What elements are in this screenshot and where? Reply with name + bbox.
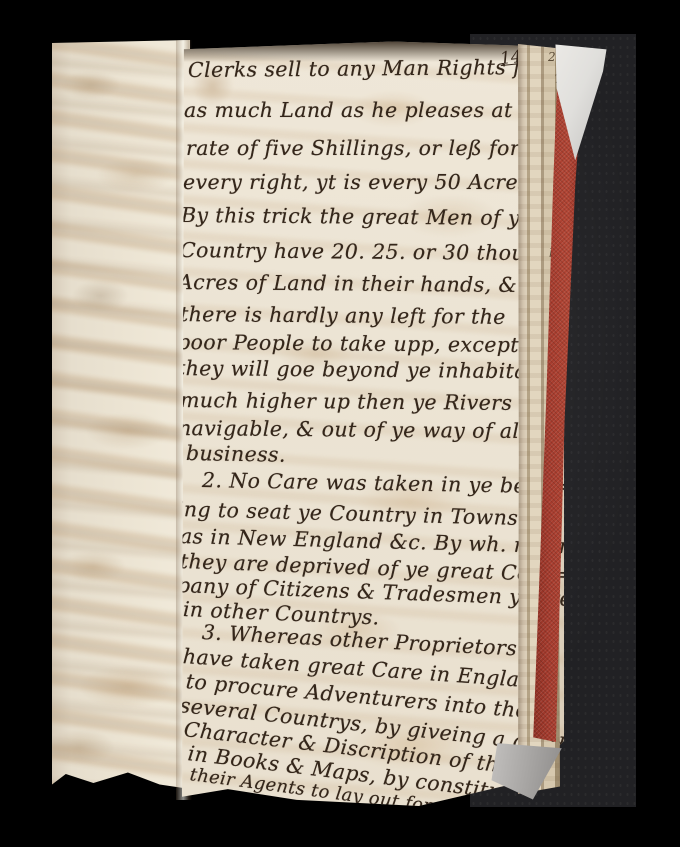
manuscript-line: Acres of Land in their hands, & (178, 270, 517, 297)
manuscript-line: Clerks sell to any Man Rights for (188, 55, 544, 82)
manuscript-line: as much Land as he pleases at the (184, 98, 554, 122)
verso-page (52, 40, 190, 792)
manuscript-line: Country have 20. 25. or 30 thousand (180, 238, 576, 265)
paper-stain-texture (52, 40, 190, 792)
manuscript-line: navigable, & out of ye way of all (178, 416, 527, 443)
manuscript-line: much higher up then ye Rivers are (180, 388, 555, 415)
manuscript-line: poor People to take upp, except (177, 330, 519, 357)
page-edge-ink-fragment: 2 (548, 50, 556, 64)
manuscript-line: rate of five Shillings, or leß for (186, 136, 520, 160)
recto-page: 14 Clerks sell to any Man Rights foras m… (182, 40, 564, 806)
manuscript-line: every right, yt is every 50 Acres. (183, 170, 536, 194)
manuscript-line: they will goe beyond ye inhabitants (177, 356, 560, 383)
manuscript-line: business. (186, 441, 286, 467)
manuscript-line: By this trick the great Men of ye (181, 203, 533, 230)
photo-of-manuscript-book: 14 Clerks sell to any Man Rights foras m… (0, 0, 680, 847)
manuscript-line: there is hardly any left for the (180, 302, 506, 329)
